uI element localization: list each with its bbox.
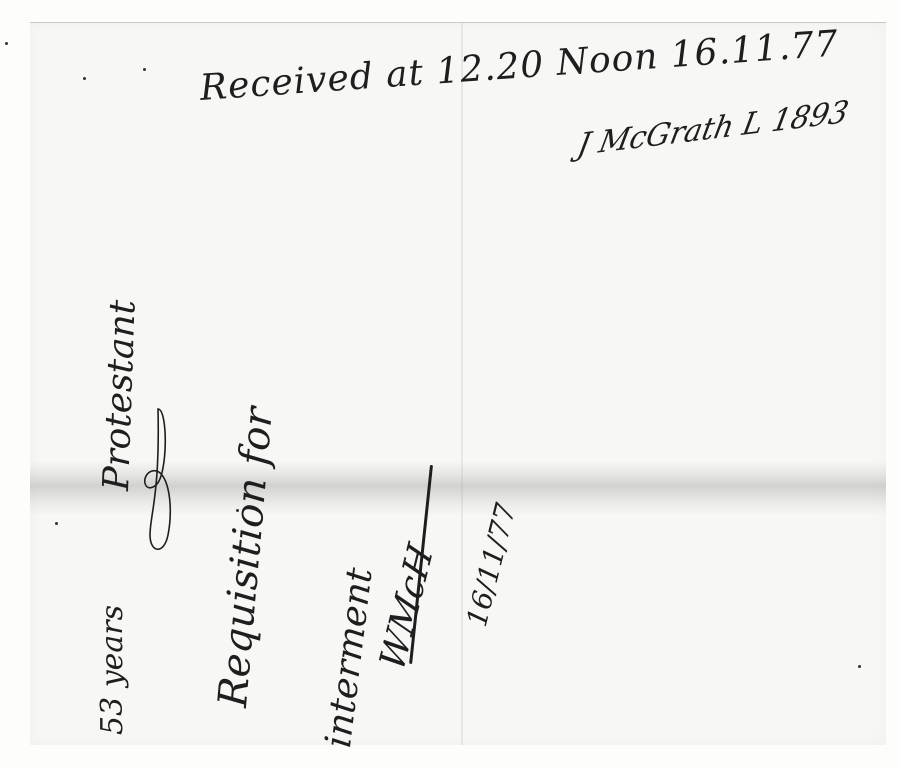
dust-speck — [55, 522, 58, 525]
age-note: 53 years — [95, 605, 130, 735]
scanned-document: Received at 12.20 Noon 16.11.77 J McGrat… — [0, 0, 901, 768]
religion-note: Protestant — [96, 299, 144, 491]
dust-speck — [83, 77, 86, 80]
vertical-fold-crease — [461, 23, 463, 745]
ampersand-flourish-icon — [138, 405, 178, 555]
dust-speck — [236, 509, 239, 512]
dust-speck — [5, 42, 8, 45]
dust-speck — [143, 68, 146, 71]
dust-speck — [858, 665, 861, 668]
